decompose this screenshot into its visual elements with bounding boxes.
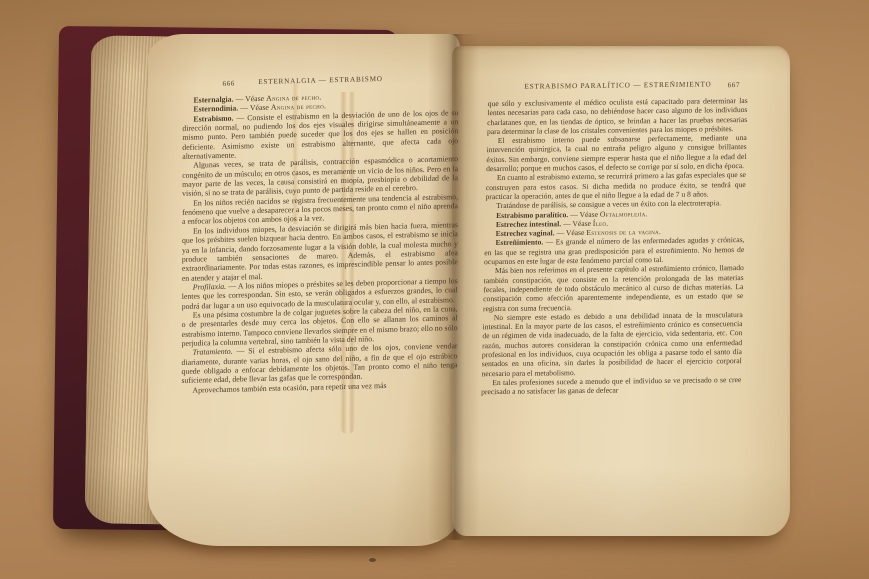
- right-page-text: ESTRABISMO PARALÍTICO — ESTREÑIMIENTO 66…: [479, 80, 748, 485]
- body-text-segment: — Véase: [561, 219, 593, 228]
- entry-term: Estrechez vaginal.: [496, 228, 555, 238]
- body-text-segment: En cuanto al estrabismo externo, se recu…: [485, 170, 746, 201]
- paragraph: El estrabismo interno puede subsanarse p…: [486, 133, 747, 173]
- cross-reference: Íleo: [593, 219, 607, 228]
- body-text-segment: Más bien nos referimos en el presente ca…: [483, 263, 744, 312]
- paragraph: Más bien nos referimos en el presente ca…: [483, 263, 744, 313]
- body-text-segment: — Véase: [555, 228, 587, 237]
- body-text-segment: — Véase: [234, 94, 267, 104]
- body-text-segment: .: [606, 219, 608, 228]
- body-text-segment: que sólo y exclusivamente el médico ocul…: [487, 96, 748, 136]
- paragraph: No siempre este estado es debido a una d…: [481, 310, 742, 378]
- paragraph: En tales profesiones sucede a menudo que…: [481, 375, 741, 397]
- paragraph: En cuanto al estrabismo externo, se recu…: [485, 170, 746, 201]
- surface-speck: [369, 558, 376, 562]
- page-body: Esternalgia. — Véase Angina de pecho.Est…: [181, 89, 458, 395]
- paragraph: que sólo y exclusivamente el médico ocul…: [487, 96, 748, 136]
- body-text-segment: .: [659, 227, 661, 236]
- body-text-segment: El estrabismo interno puede subsanarse p…: [486, 133, 747, 173]
- paragraph: Estreñimiento. — Es grande el número de …: [484, 235, 745, 266]
- body-text-segment: — Véase: [238, 103, 271, 113]
- entry-term: Estrabismo paralítico.: [496, 210, 568, 220]
- cross-reference: Estenosis de la vagina: [586, 227, 659, 237]
- photo-background: 666 ESTERNALGIA — ESTRABISMO Esternalgia…: [0, 0, 869, 579]
- body-text-segment: Algunas veces, se trata de parálisis, co…: [182, 155, 458, 199]
- body-text-segment: — Véase: [568, 209, 600, 218]
- running-header: ESTRABISMO PARALÍTICO — ESTREÑIMIENTO: [488, 80, 748, 92]
- page-body: que sólo y exclusivamente el médico ocul…: [481, 96, 748, 397]
- body-text-segment: .: [646, 209, 648, 218]
- body-text-segment: Es una pésima costumbre la de colgar jug…: [182, 304, 458, 348]
- cross-reference: Oftalmoplejía: [600, 209, 646, 219]
- body-text-segment: .: [319, 92, 321, 101]
- page-number: 667: [728, 81, 740, 90]
- entry-term: Estreñimiento.: [495, 238, 543, 248]
- body-text-segment: .: [324, 102, 326, 111]
- body-text-segment: No siempre este estado es debido a una d…: [481, 310, 742, 378]
- entry-term: Estrechez intestinal.: [496, 219, 561, 229]
- body-text-segment: En los individuos miopes, la desviación …: [182, 220, 458, 282]
- page-number: 666: [222, 80, 234, 90]
- body-text-segment: En tales profesiones sucede a menudo que…: [481, 375, 741, 396]
- running-header-row: ESTRABISMO PARALÍTICO — ESTREÑIMIENTO 66…: [488, 80, 748, 94]
- paragraph: Estrabismo. — Consiste el estrabismo en …: [182, 108, 458, 161]
- subentry-term: Profilaxia.: [193, 282, 226, 292]
- paragraph: En los individuos miopes, la desviación …: [182, 220, 458, 283]
- left-page-text: 666 ESTERNALGIA — ESTRABISMO Esternalgia…: [181, 73, 458, 516]
